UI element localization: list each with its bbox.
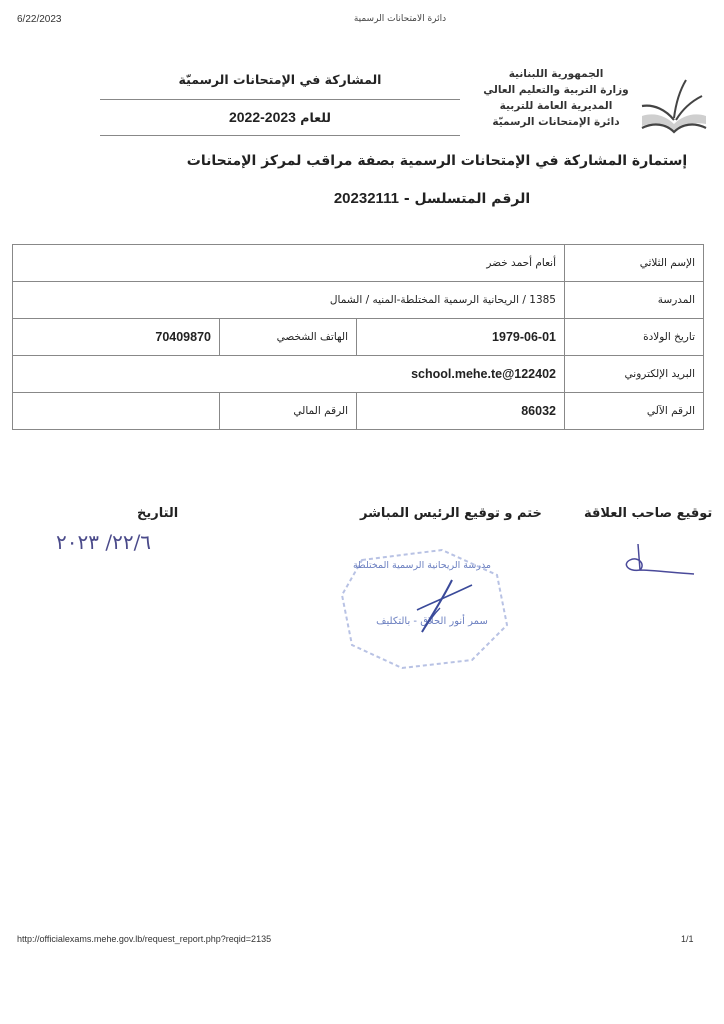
holder-signature-icon — [618, 540, 698, 580]
footer-url: http://officialexams.mehe.gov.lb/request… — [17, 934, 271, 944]
label-personal-phone: الهاتف الشخصي — [220, 319, 357, 356]
serial-label: الرقم المتسلسل - — [404, 191, 530, 207]
official-stamp-icon: مدرسة الريحانية الرسمية المختلطة سمر أنو… — [322, 540, 522, 670]
government-header: الجمهورية اللبنانية وزارة التربية والتعل… — [466, 66, 646, 130]
label-auto-number: الرقم الآلي — [565, 393, 704, 430]
year-prefix: للعام — [300, 110, 331, 125]
gov-line-department: دائرة الإمتحانات الرسميّة — [466, 114, 646, 130]
value-birthdate: 1979-06-01 — [357, 319, 565, 356]
table-row-school: المدرسة 1385 / الريحانية الرسمية المختلط… — [13, 282, 704, 319]
table-row-birthdate: تاريخ الولادة 1979-06-01 الهاتف الشخصي 7… — [13, 319, 704, 356]
gov-line-directorate: المديرية العامة للتربية — [466, 98, 646, 114]
handwritten-date: ٢٢/٦/ ٢٠٢٣ — [56, 530, 151, 554]
applicant-info-table: الإسم الثلاثي أنعام أحمد خضر المدرسة 138… — [12, 244, 704, 430]
value-personal-phone: 70409870 — [13, 319, 220, 356]
gov-line-republic: الجمهورية اللبنانية — [466, 66, 646, 82]
stamp-text-school: مدرسة الريحانية الرسمية المختلطة — [353, 560, 491, 571]
label-email: البريد الإلكتروني — [565, 356, 704, 393]
manager-signature-label: ختم و توقيع الرئيس المباشر — [360, 506, 542, 521]
table-row-auto-number: الرقم الآلي 86032 الرقم المالي — [13, 393, 704, 430]
print-header-title-text: دائرة الامتحانات الرسمية — [354, 14, 446, 24]
holder-signature-label: توقيع صاحب العلاقة — [584, 506, 712, 521]
table-row-full-name: الإسم الثلاثي أنعام أحمد خضر — [13, 245, 704, 282]
open-book-logo-icon — [636, 76, 708, 136]
label-full-name: الإسم الثلاثي — [565, 245, 704, 282]
label-financial-number: الرقم المالي — [220, 393, 357, 430]
page-number: 1/1 — [681, 934, 694, 944]
value-email: 122402@school.mehe.te — [13, 356, 565, 393]
page-heading: المشاركة في الإمتحانات الرسميّة — [100, 72, 460, 87]
value-financial-number — [13, 393, 220, 430]
academic-year: للعام 2022-2023 — [100, 109, 460, 125]
divider — [100, 135, 460, 136]
serial-number: الرقم المتسلسل - 20232111 — [0, 190, 724, 207]
form-title: إستمارة المشاركة في الإمتحانات الرسمية ب… — [0, 153, 724, 169]
label-birthdate: تاريخ الولادة — [565, 319, 704, 356]
serial-value: 20232111 — [334, 190, 399, 207]
gov-line-ministry: وزارة التربية والتعليم العالي — [466, 82, 646, 98]
label-school: المدرسة — [565, 282, 704, 319]
value-auto-number: 86032 — [357, 393, 565, 430]
date-label: التاريخ — [137, 506, 178, 521]
table-row-email: البريد الإلكتروني 122402@school.mehe.te — [13, 356, 704, 393]
value-full-name: أنعام أحمد خضر — [13, 245, 565, 282]
divider — [100, 99, 460, 100]
print-header-title: دائرة الامتحانات الرسمية — [0, 14, 724, 24]
value-school: 1385 / الريحانية الرسمية المختلطة-المنيه… — [13, 282, 565, 319]
year-value: 2022-2023 — [229, 109, 296, 125]
